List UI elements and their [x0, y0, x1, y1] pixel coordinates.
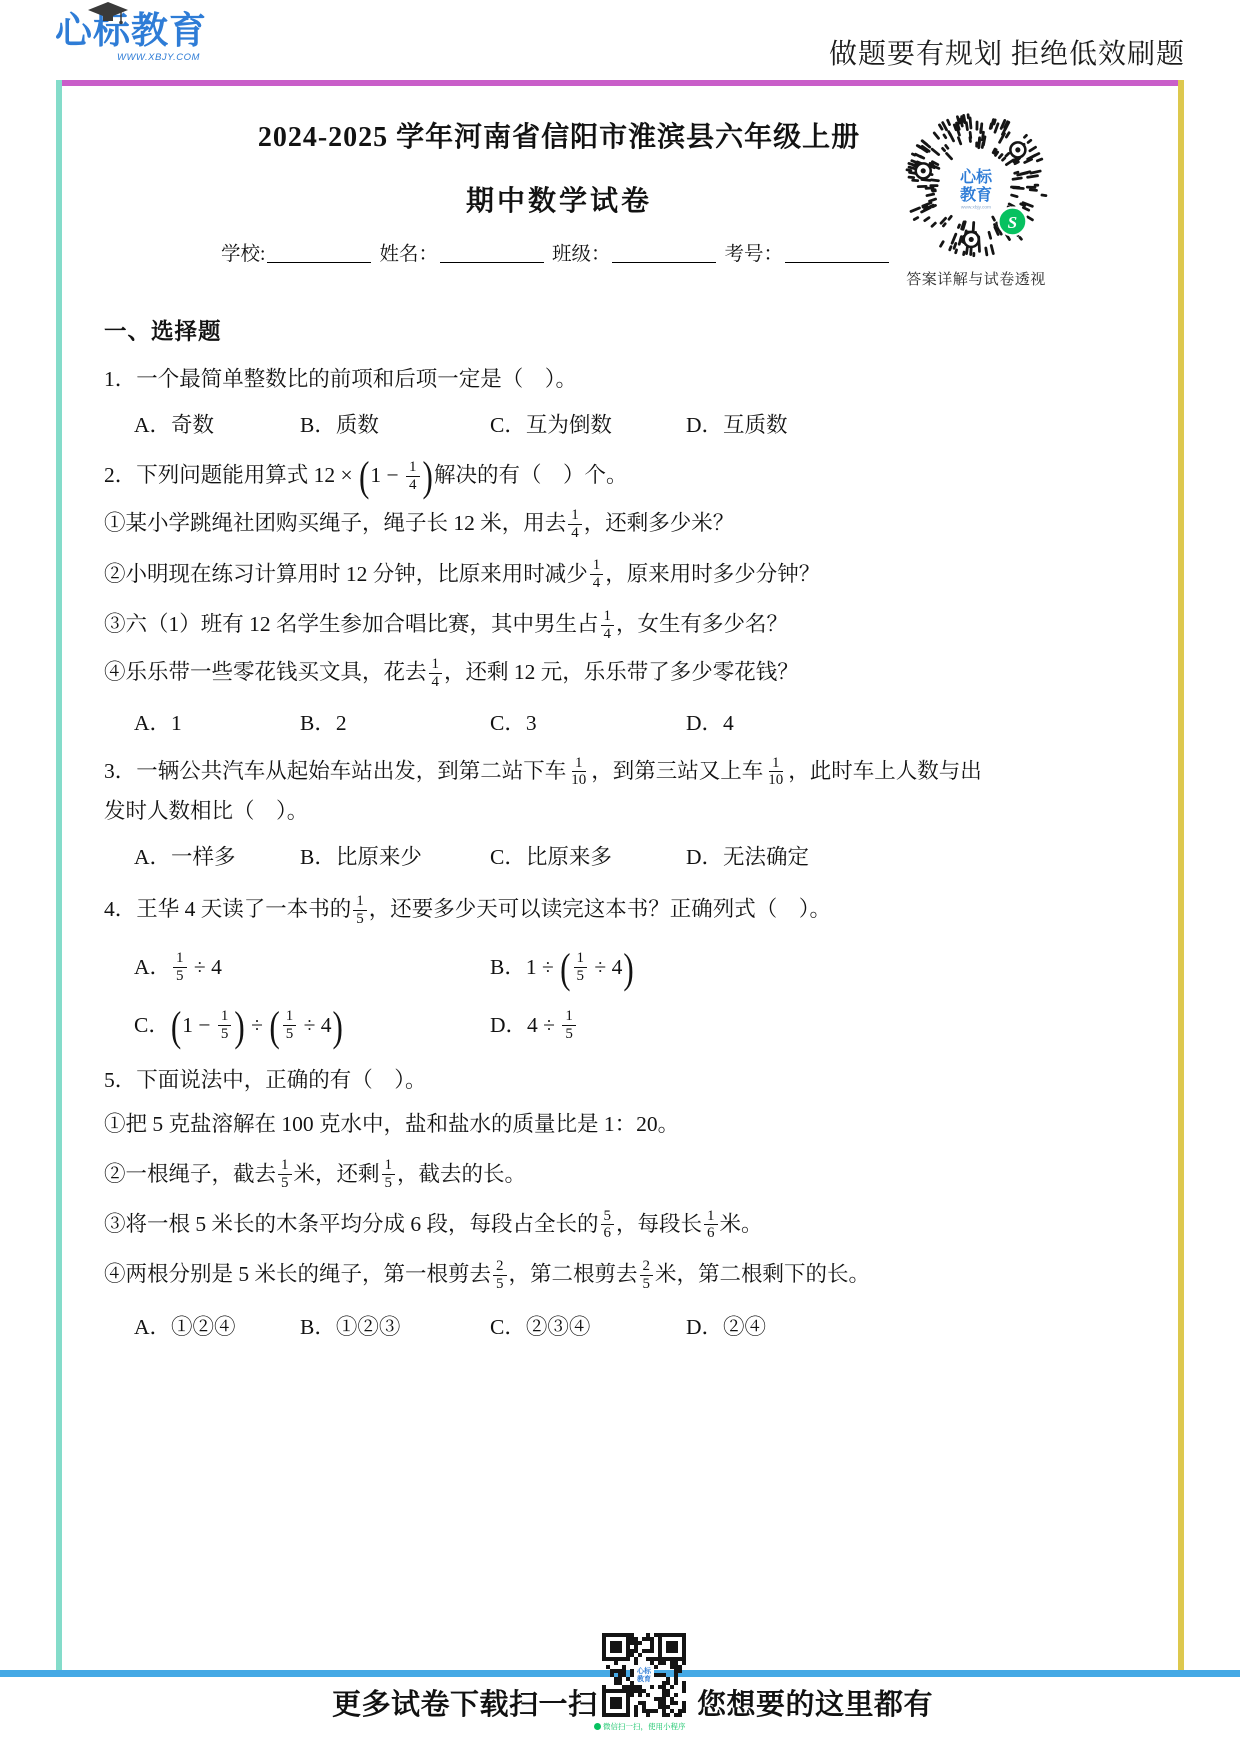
paper-title-line1: 2024-2025 学年河南省信阳市淮滨县六年级上册: [104, 118, 1014, 158]
school-blank-line: [267, 242, 371, 263]
question-3-stem-line1: 3．一辆公共汽车从起始车站出发，到第二站下车110，到第三站又上车110，此时车…: [104, 754, 1138, 790]
option-d: D．4 ÷ 15: [490, 1003, 1138, 1047]
question-5-item-1: ①把 5 克盐溶解在 100 克水中，盐和盐水的质量比是 1：20。: [104, 1107, 1138, 1141]
option-d: D．互质数: [686, 408, 1138, 442]
question-2-options: A．1 B．2 C．3 D．4: [134, 706, 1138, 740]
header-slogan: 做题要有规划 拒绝低效刷题: [829, 32, 1185, 72]
option-b: B．①②③: [300, 1310, 490, 1344]
option-c: C．(1 − 15) ÷ (15 ÷ 4): [134, 1003, 490, 1047]
svg-text:心标: 心标: [637, 1666, 652, 1675]
option-b: B．1 ÷ (15 ÷ 4): [490, 945, 1138, 989]
question-5-stem: 5．下面说法中，正确的有（ ）。: [104, 1063, 1138, 1097]
option-b: B．2: [300, 706, 490, 740]
question-1-options: A．奇数 B．质数 C．互为倒数 D．互质数: [134, 408, 1138, 442]
question-2-item-4: ④乐乐带一些零花钱买文具，花去14，还剩 12 元，乐乐带了多少零花钱？: [104, 655, 1138, 691]
question-2-item-3: ③六（1）班有 12 名学生参加合唱比赛，其中男生占14，女生有多少名？: [104, 607, 1138, 643]
question-2-stem: 2．下列问题能用算式 12 × (1 − 14)解决的有（ ）个。: [104, 458, 1138, 494]
name-label: 姓名：: [379, 244, 438, 265]
option-c: C．比原来多: [490, 840, 686, 874]
brand-logo-url: WWW.XBJY.COM: [117, 52, 275, 63]
option-b: B．比原来少: [300, 840, 490, 874]
option-a: A．1: [134, 706, 300, 740]
option-b: B．质数: [300, 408, 490, 442]
frame-right-line: [1178, 80, 1184, 1670]
name-blank-line: [440, 242, 544, 263]
question-2-item-2: ②小明现在练习计算用时 12 分钟，比原来用时减少14，原来用时多少分钟？: [104, 557, 1138, 593]
option-a: A．15 ÷ 4: [134, 945, 490, 989]
option-c: C．3: [490, 706, 686, 740]
class-blank-line: [612, 242, 716, 263]
svg-text:教育: 教育: [636, 1674, 651, 1683]
paper-content: 2024-2025 学年河南省信阳市淮滨县六年级上册 期中数学试卷 学校:姓名：…: [104, 118, 1138, 1344]
examno-blank-line: [785, 242, 889, 263]
question-5-options: A．①②④ B．①②③ C．②③④ D．②④: [134, 1310, 1138, 1344]
wechat-icon: [594, 1723, 601, 1730]
footer-left-text: 更多试卷下载扫一扫: [332, 1682, 598, 1723]
school-label: 学校:: [221, 244, 265, 265]
class-label: 班级：: [552, 244, 611, 265]
question-3-stem-line2: 发时人数相比（ ）。: [104, 794, 1138, 828]
question-3-options: A．一样多 B．比原来少 C．比原来多 D．无法确定: [134, 840, 1138, 874]
question-5-item-2: ②一根绳子，截去15米，还剩15，截去的长。: [104, 1157, 1138, 1193]
paper-masthead: 2024-2025 学年河南省信阳市淮滨县六年级上册 期中数学试卷 学校:姓名：…: [104, 118, 1014, 270]
option-a: A．①②④: [134, 1310, 300, 1344]
frame-top-line: [56, 80, 1184, 86]
option-a: A．奇数: [134, 408, 300, 442]
option-a: A．一样多: [134, 840, 300, 874]
question-2-item-1: ①某小学跳绳社团购买绳子，绳子长 12 米，用去14，还剩多少米？: [104, 506, 1138, 542]
footer-right-text: 您想要的这里都有: [697, 1682, 933, 1723]
examno-label: 考号：: [724, 244, 783, 265]
option-d: D．无法确定: [686, 840, 1138, 874]
option-c: C．②③④: [490, 1310, 686, 1344]
option-d: D．4: [686, 706, 1138, 740]
download-qr-code: 心标教育: [601, 1632, 687, 1718]
paper-title-line2: 期中数学试卷: [104, 182, 1014, 222]
frame-left-line: [56, 80, 62, 1670]
footer-qr-tip: 微信扫一扫，使用小程序: [594, 1721, 704, 1732]
option-d: D．②④: [686, 1310, 1138, 1344]
section-heading: 一、选择题: [104, 314, 1138, 346]
option-c: C．互为倒数: [490, 408, 686, 442]
question-5-item-3: ③将一根 5 米长的木条平均分成 6 段，每段占全长的56，每段长16米。: [104, 1207, 1138, 1243]
question-4-options: A．15 ÷ 4 B．1 ÷ (15 ÷ 4) C．(1 − 15) ÷ (15…: [134, 945, 1138, 1047]
question-1-stem: 1．一个最简单整数比的前项和后项一定是（ ）。: [104, 362, 1138, 396]
brand-logo: 心标教育 WWW.XBJY.COM: [55, 12, 275, 63]
question-5-item-4: ④两根分别是 5 米长的绳子，第一根剪去25，第二根剪去25米，第二根剩下的长。: [104, 1257, 1138, 1293]
student-info-row: 学校:姓名：班级：考号：: [104, 240, 1014, 270]
graduation-cap-icon: [88, 2, 128, 26]
question-4-stem: 4．王华 4 天读了一本书的15，还要多少天可以读完这本书？正确列式（ ）。: [104, 892, 1138, 928]
